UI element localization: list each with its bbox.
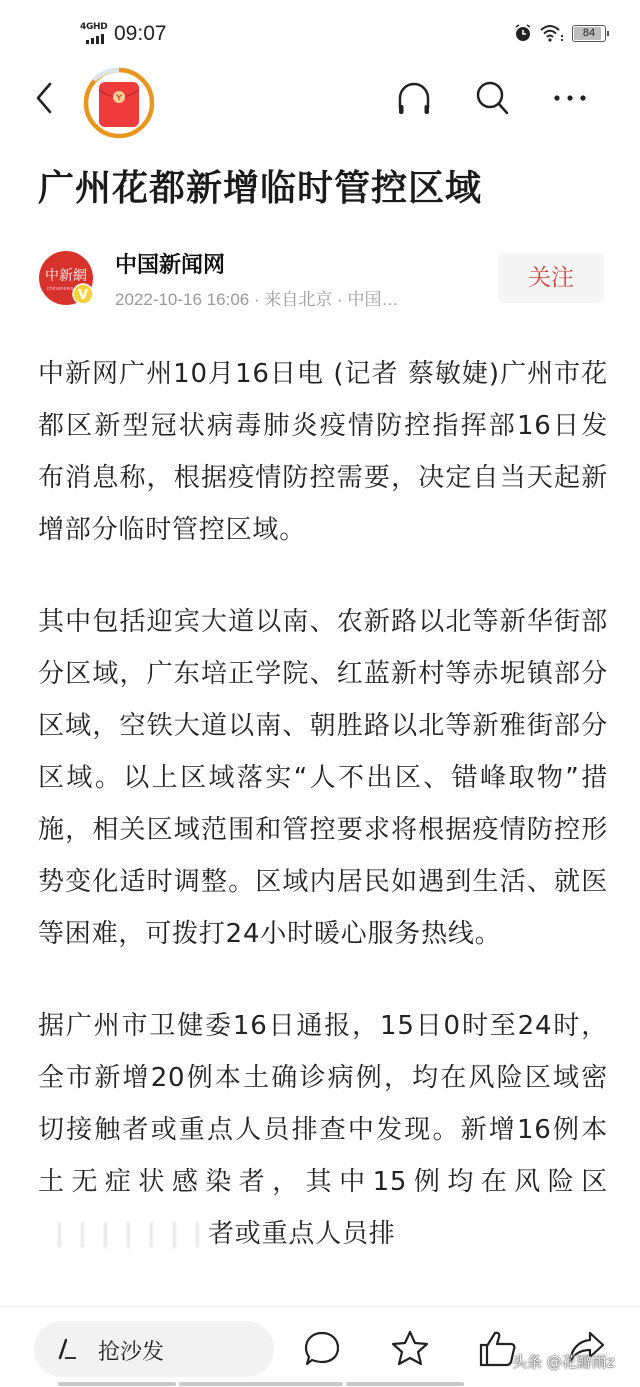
star-icon[interactable] [390,1329,430,1369]
alarm-icon [514,24,532,42]
battery-level: 84 [573,26,605,40]
paragraph: 据广州市卫健委16日通报，15日0时至24时，全市新增20例本土确诊病例，均在风… [38,1000,608,1260]
paragraph-text: 据广州市卫健委16日通报，15日0时至24时，全市新增20例本土确诊病例，均在风… [38,1011,608,1197]
clock: 09:07 [114,22,167,46]
search-icon[interactable] [472,78,512,118]
follow-button[interactable]: 关注 [498,253,604,303]
pen-icon [56,1337,80,1361]
signal-icon: 4GHD [80,22,110,46]
scroll-progress-segment [179,1382,343,1386]
author-avatar[interactable]: 中新網 chinanews V [38,250,94,306]
svg-text:V: V [78,288,88,303]
article-title: 广州花都新增临时管控区域 [38,163,482,215]
paragraph: 其中包括迎宾大道以南、农新路以北等新华街部分区域，广东培正学院、红蓝新村等赤坭镇… [38,596,608,960]
network-type: 4GHD [80,22,107,32]
bottom-action-bar: 抢沙发 头条 @花瓣雨z [0,1306,640,1387]
more-icon[interactable] [550,78,590,118]
top-nav [0,62,640,134]
battery-icon: 84 [572,25,606,42]
paragraph-text-tail: 者或重点人员排 [208,1219,396,1249]
comment-placeholder: 抢沙发 [98,1335,164,1366]
article-page: 4GHD 09:07 84 [0,0,640,1387]
scroll-progress-segment [346,1382,464,1386]
wifi-icon [540,24,564,42]
comment-input[interactable]: 抢沙发 [34,1321,274,1377]
svg-text:中新網: 中新網 [45,267,87,284]
headphone-icon[interactable] [394,78,434,118]
back-chevron-icon[interactable] [30,78,60,118]
blurred-text [38,1222,208,1248]
watermark: 头条 @花瓣雨z [512,1351,615,1372]
red-envelope-icon[interactable] [82,66,156,140]
paragraph: 中新网广州10月16日电 (记者 蔡敏婕)广州市花都区新型冠状病毒肺炎疫情防控指… [38,348,608,556]
status-bar: 4GHD 09:07 84 [0,0,640,60]
scroll-progress-segment [58,1382,176,1386]
publish-meta: 2022-10-16 16:06 · 来自北京 · 中国… [115,285,398,310]
author-name[interactable]: 中国新闻网 [115,248,225,279]
article-body: 中新网广州10月16日电 (记者 蔡敏婕)广州市花都区新型冠状病毒肺炎疫情防控指… [38,348,608,1300]
comment-icon[interactable] [302,1329,342,1369]
svg-text:chinanews: chinanews [47,286,74,292]
